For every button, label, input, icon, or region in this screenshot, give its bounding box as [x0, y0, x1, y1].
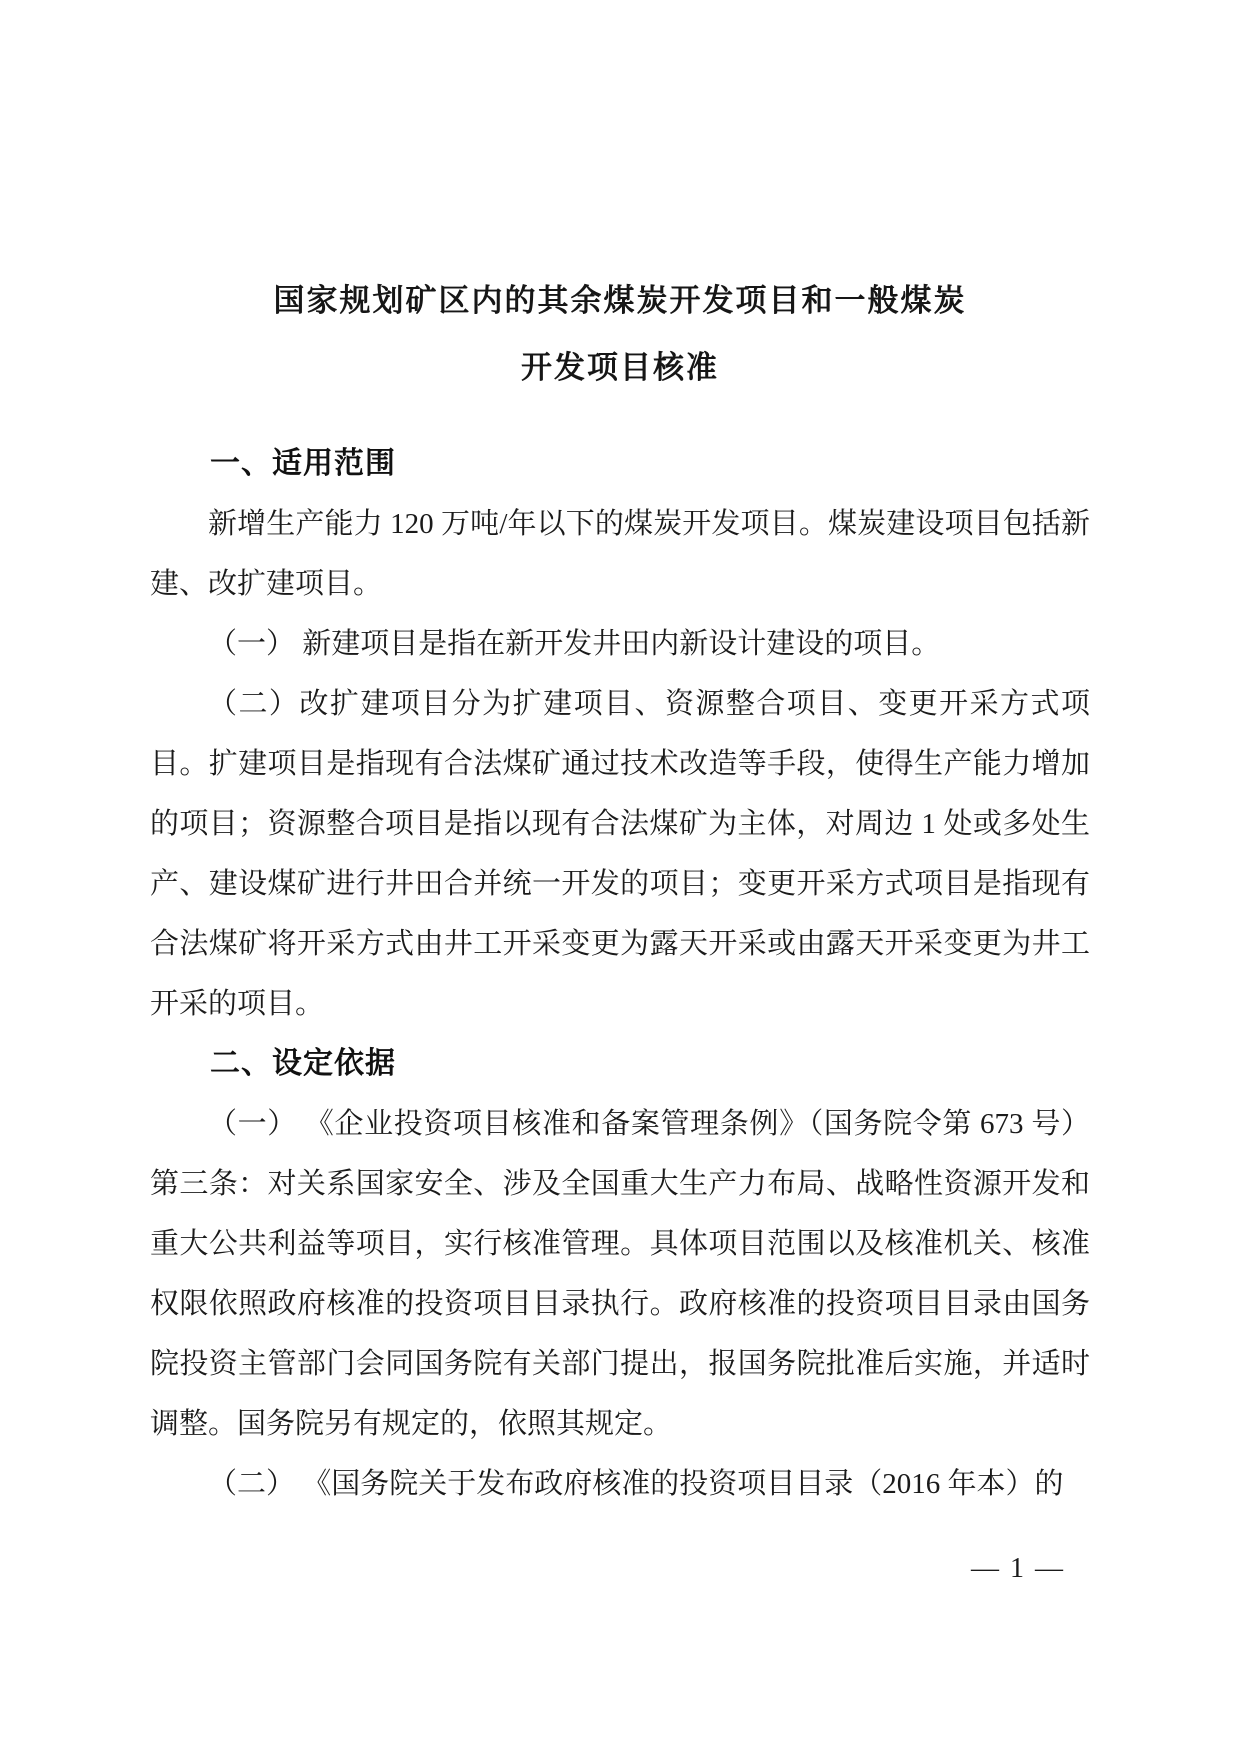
paragraph-basis-regulation-673: （一） 《企业投资项目核准和备案管理条例》（国务院令第 673 号）第三条：对关…	[150, 1094, 1090, 1454]
document-body: 一、适用范围 新增生产能力 120 万吨/年以下的煤炭开发项目。煤炭建设项目包括…	[150, 434, 1090, 1514]
document-title-line2: 开发项目核准	[150, 348, 1090, 388]
section-heading-scope: 一、适用范围	[150, 434, 1090, 494]
paragraph-basis-catalogue-2016: （二） 《国务院关于发布政府核准的投资项目目录（2016 年本）的	[150, 1454, 1090, 1514]
paragraph-scope-reconstruction: （二）改扩建项目分为扩建项目、资源整合项目、变更开采方式项目。扩建项目是指现有合…	[150, 674, 1090, 1034]
document-title-line1: 国家规划矿区内的其余煤炭开发项目和一般煤炭	[150, 281, 1090, 321]
paragraph-scope-capacity: 新增生产能力 120 万吨/年以下的煤炭开发项目。煤炭建设项目包括新建、改扩建项…	[150, 494, 1090, 614]
section-heading-basis: 二、设定依据	[150, 1034, 1090, 1094]
document-page: 国家规划矿区内的其余煤炭开发项目和一般煤炭 开发项目核准 一、适用范围 新增生产…	[0, 0, 1240, 1753]
document-title: 国家规划矿区内的其余煤炭开发项目和一般煤炭 开发项目核准	[150, 281, 1090, 388]
paragraph-scope-new-projects: （一） 新建项目是指在新开发井田内新设计建设的项目。	[150, 614, 1090, 674]
page-number: — 1 —	[971, 1552, 1065, 1586]
